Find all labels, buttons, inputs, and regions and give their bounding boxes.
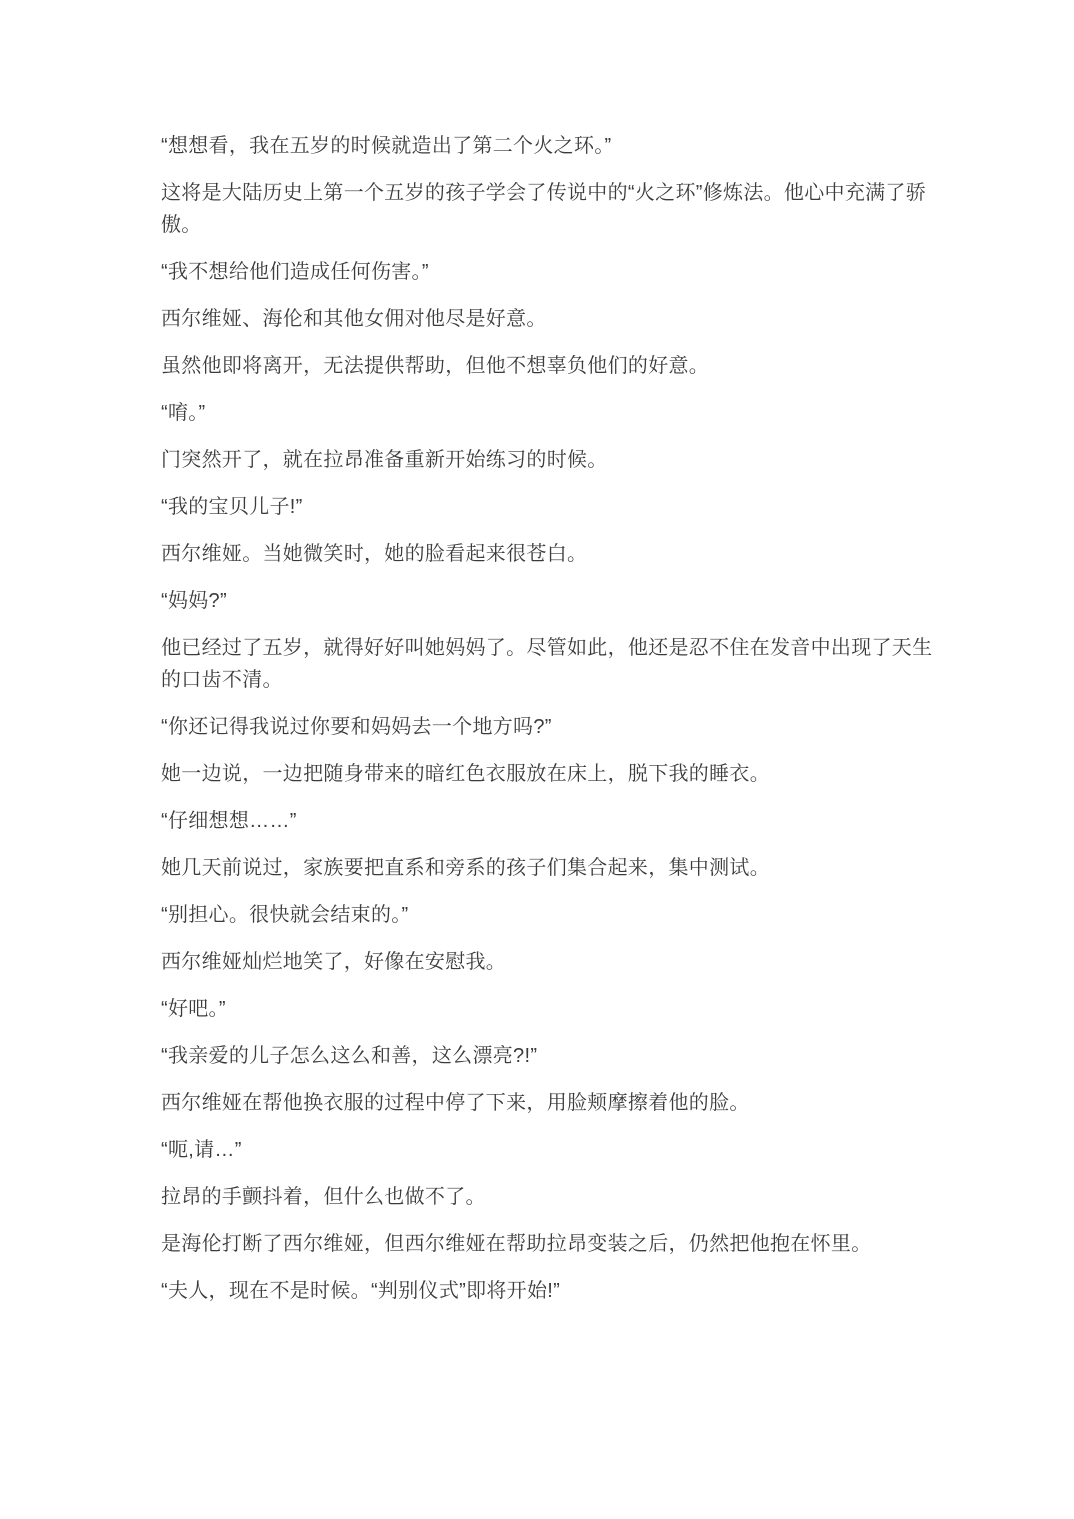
paragraph: “你还记得我说过你要和妈妈去一个地方吗?” [161, 711, 941, 743]
paragraph: “呃,请…” [161, 1134, 941, 1166]
paragraph: 拉昂的手颤抖着，但什么也做不了。 [161, 1181, 941, 1213]
paragraph: 西尔维娅灿烂地笑了，好像在安慰我。 [161, 946, 941, 978]
paragraph: 虽然他即将离开，无法提供帮助，但他不想辜负他们的好意。 [161, 350, 941, 382]
document-body: “想想看，我在五岁的时候就造出了第二个火之环。”这将是大陆历史上第一个五岁的孩子… [161, 130, 941, 1322]
document-page: “想想看，我在五岁的时候就造出了第二个火之环。”这将是大陆历史上第一个五岁的孩子… [0, 0, 1074, 1519]
paragraph: “想想看，我在五岁的时候就造出了第二个火之环。” [161, 130, 941, 162]
paragraph: “妈妈?” [161, 585, 941, 617]
paragraph: 西尔维娅在帮他换衣服的过程中停了下来，用脸颊摩擦着他的脸。 [161, 1087, 941, 1119]
paragraph: 门突然开了，就在拉昂准备重新开始练习的时候。 [161, 444, 941, 476]
paragraph: “我的宝贝儿子!” [161, 491, 941, 523]
paragraph: “我不想给他们造成任何伤害。” [161, 256, 941, 288]
paragraph: 她几天前说过，家族要把直系和旁系的孩子们集合起来，集中测试。 [161, 852, 941, 884]
paragraph: “夫人，现在不是时候。“判别仪式”即将开始!” [161, 1275, 941, 1307]
paragraph: “唷。” [161, 397, 941, 429]
paragraph: 她一边说，一边把随身带来的暗红色衣服放在床上，脱下我的睡衣。 [161, 758, 941, 790]
paragraph: 西尔维娅、海伦和其他女佣对他尽是好意。 [161, 303, 941, 335]
paragraph: 西尔维娅。当她微笑时，她的脸看起来很苍白。 [161, 538, 941, 570]
paragraph: “好吧。” [161, 993, 941, 1025]
paragraph: “我亲爱的儿子怎么这么和善，这么漂亮?!” [161, 1040, 941, 1072]
paragraph: 这将是大陆历史上第一个五岁的孩子学会了传说中的“火之环”修炼法。他心中充满了骄傲… [161, 177, 941, 241]
paragraph: “仔细想想……” [161, 805, 941, 837]
paragraph: “别担心。很快就会结束的。” [161, 899, 941, 931]
paragraph: 是海伦打断了西尔维娅，但西尔维娅在帮助拉昂变装之后，仍然把他抱在怀里。 [161, 1228, 941, 1260]
paragraph: 他已经过了五岁，就得好好叫她妈妈了。尽管如此，他还是忍不住在发音中出现了天生的口… [161, 632, 941, 696]
